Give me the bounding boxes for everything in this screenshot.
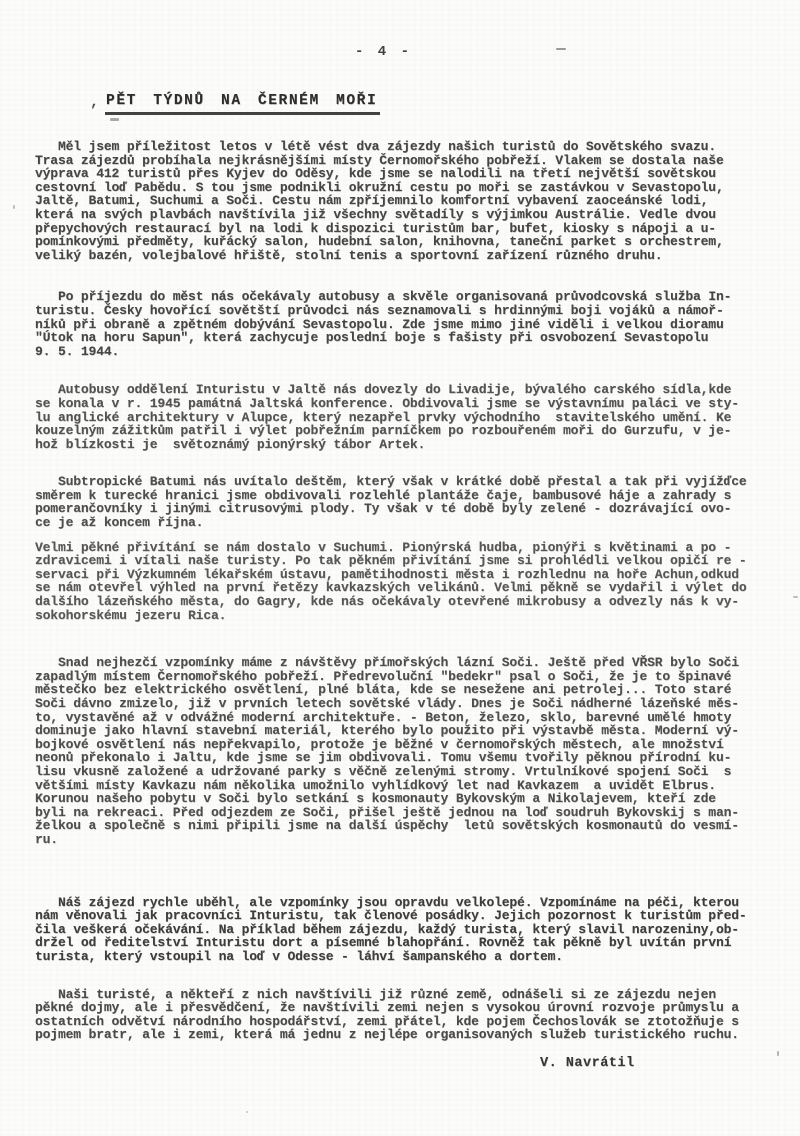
scanned-document-page: - 4 - ,PĚT TÝDNŮ NA ČERNÉM MOŘI Měl jsem… — [0, 0, 800, 1136]
paragraph-4: Subtropické Batumi nás uvítalo deštěm, k… — [35, 475, 773, 529]
paragraph-6: Snad nejhezčí vzpomínky máme z návštěvy … — [35, 656, 773, 846]
page-number: - 4 - — [355, 44, 412, 60]
scan-speck — [777, 1051, 779, 1056]
paragraph-3: Autobusy oddělení Inturistu v Jaltě nás … — [35, 383, 773, 451]
paragraph-5: Velmi pěkné přivítání se nám dostalo v S… — [35, 541, 773, 623]
paragraph-7: Náš zájezd rychle uběhl, ale vzpomínky j… — [35, 896, 773, 964]
paragraph-8: Naši turisté, a někteří z nich navštívil… — [35, 988, 773, 1042]
title-comma-mark: , — [90, 94, 99, 111]
signature: V. Navrátil — [540, 1057, 773, 1071]
scan-speck — [246, 1111, 248, 1113]
document-body: Měl jsem příležitost letos v létě vést d… — [35, 140, 773, 1071]
title-text: PĚT TÝDNŮ NA ČERNÉM MOŘI — [105, 93, 380, 115]
scan-speck — [13, 205, 15, 209]
document-title: ,PĚT TÝDNŮ NA ČERNÉM MOŘI — [90, 91, 380, 115]
scan-speck — [110, 118, 119, 121]
scan-speck — [556, 48, 566, 50]
scan-speck — [793, 596, 798, 598]
paragraph-1: Měl jsem příležitost letos v létě vést d… — [35, 140, 773, 262]
paragraph-2: Po příjezdu do měst nás očekávaly autobu… — [35, 290, 773, 358]
